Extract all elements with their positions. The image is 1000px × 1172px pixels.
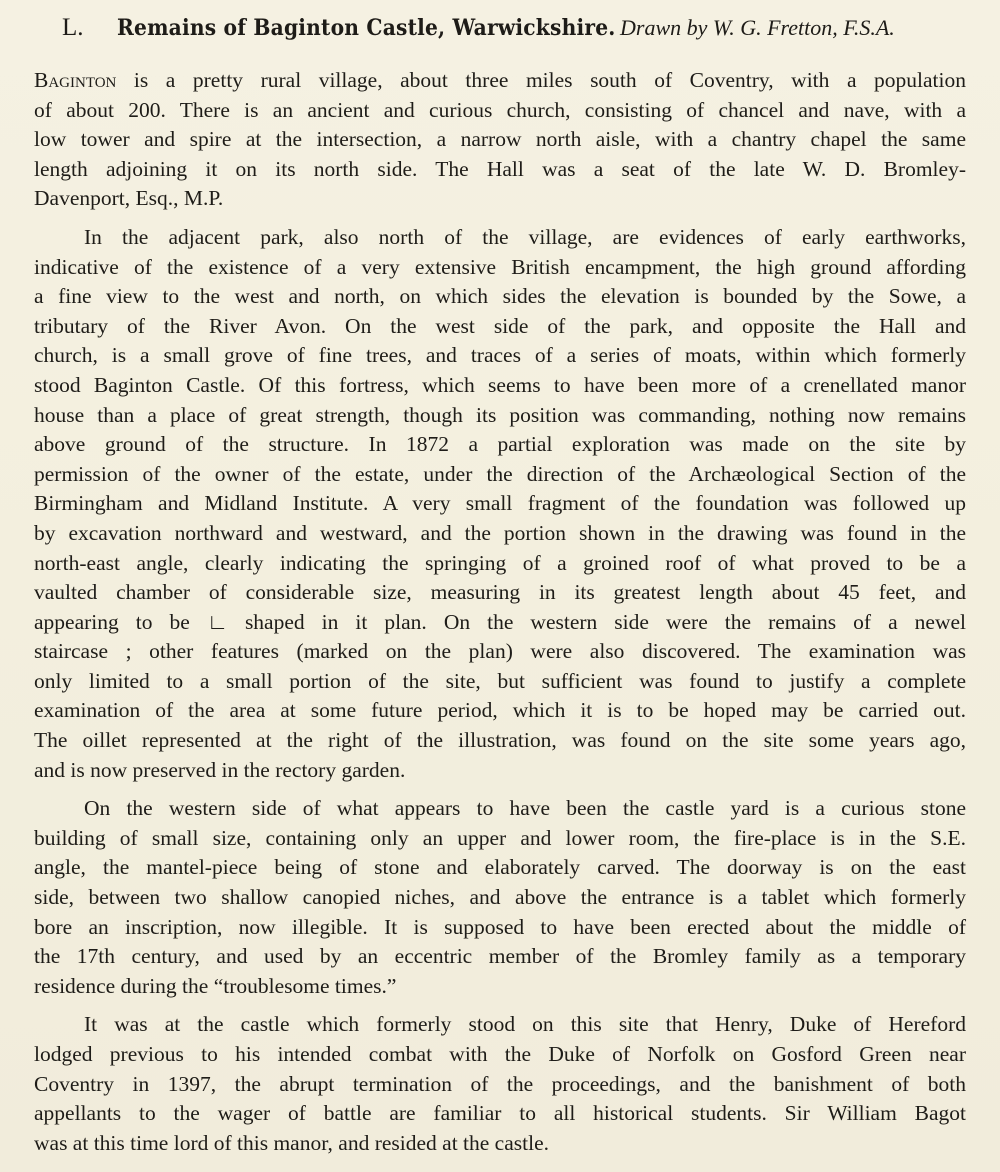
text-line: staircase ; other features (marked on th… — [34, 637, 966, 667]
text-line: length adjoining it on its north side. T… — [34, 155, 966, 185]
text-line: above ground of the structure. In 1872 a… — [34, 430, 966, 460]
illustration-credit: Drawn by W. G. Fretton, F.S.A. — [620, 12, 895, 44]
text-line: vaulted chamber of considerable size, me… — [34, 578, 966, 608]
text-line: by excavation northward and westward, an… — [34, 519, 966, 549]
text-line: lodged previous to his intended combat w… — [34, 1040, 966, 1070]
text-line: appellants to the wager of battle are fa… — [34, 1099, 966, 1129]
text-line: and is now preserved in the rectory gard… — [34, 756, 966, 786]
text-line: Davenport, Esq., M.P. — [34, 184, 966, 214]
text-line: north-east angle, clearly indicating the… — [34, 549, 966, 579]
text-line: It was at the castle which formerly stoo… — [34, 1010, 966, 1040]
text-line: Coventry in 1397, the abrupt termination… — [34, 1070, 966, 1100]
plate-number: L. — [62, 12, 84, 44]
page-title: Remains of Baginton Castle, Warwickshire… — [117, 12, 615, 44]
text-line: stood Baginton Castle. Of this fortress,… — [34, 371, 966, 401]
paragraph-4: It was at the castle which formerly stoo… — [34, 1010, 966, 1158]
paragraph-3: On the western side of what appears to h… — [34, 794, 966, 1001]
text-line: house than a place of great strength, th… — [34, 401, 966, 431]
text-line: of about 200. There is an ancient and cu… — [34, 96, 966, 126]
text-line: residence during the “troublesome times.… — [34, 972, 966, 1002]
text-line: Birmingham and Midland Institute. A very… — [34, 489, 966, 519]
text-line: On the western side of what appears to h… — [34, 794, 966, 824]
text-line: only limited to a small portion of the s… — [34, 667, 966, 697]
text-line: the 17th century, and used by an eccentr… — [34, 942, 966, 972]
text-line: tributary of the River Avon. On the west… — [34, 312, 966, 342]
text-line: a fine view to the west and north, on wh… — [34, 282, 966, 312]
text-line: examination of the area at some future p… — [34, 696, 966, 726]
text-line: low tower and spire at the intersection,… — [34, 125, 966, 155]
text-line: bore an inscription, now illegible. It i… — [34, 913, 966, 943]
text-line: permission of the owner of the estate, u… — [34, 460, 966, 490]
text-line: side, between two shallow canopied niche… — [34, 883, 966, 913]
text-line: indicative of the existence of a very ex… — [34, 253, 966, 283]
text-line: appearing to be ∟ shaped in it plan. On … — [34, 608, 966, 638]
text-line: Baginton is a pretty rural village, abou… — [34, 66, 966, 96]
text-line: In the adjacent park, also north of the … — [34, 223, 966, 253]
document-page: L. Remains of Baginton Castle, Warwicksh… — [0, 0, 1000, 1172]
paragraph-1: Baginton is a pretty rural village, abou… — [34, 66, 966, 214]
text-line: The oillet represented at the right of t… — [34, 726, 966, 756]
text-line: church, is a small grove of fine trees, … — [34, 341, 966, 371]
article-body: Baginton is a pretty rural village, abou… — [34, 66, 966, 1158]
lead-word: Baginton — [34, 68, 116, 92]
text-line: angle, the mantel-piece being of stone a… — [34, 853, 966, 883]
paragraph-2: In the adjacent park, also north of the … — [34, 223, 966, 785]
text-line: building of small size, containing only … — [34, 824, 966, 854]
text-line: was at this time lord of this manor, and… — [34, 1129, 966, 1159]
